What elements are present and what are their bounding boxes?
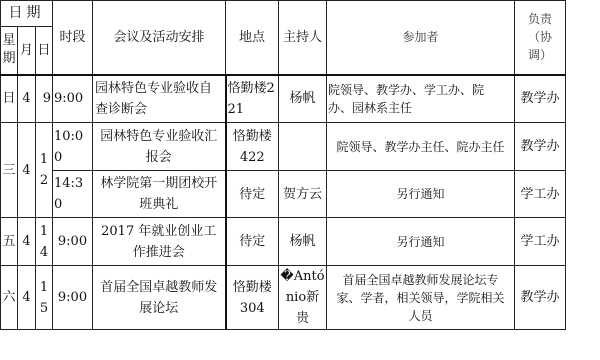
- header-responsible: 负责（协调）: [515, 1, 566, 75]
- weekday-cell: 日: [1, 75, 18, 123]
- day-cell: 15: [36, 266, 53, 330]
- header-weekday: 星期: [1, 27, 18, 75]
- month-cell: 4: [18, 266, 36, 330]
- responsible-cell: 教学办: [515, 123, 566, 171]
- header-location: 地点: [226, 1, 279, 75]
- responsible-cell: 教学办: [515, 266, 566, 330]
- attendees-cell: 院领导、教学办主任、院办主任: [327, 123, 515, 171]
- table-row: 日 4 9 9:00 园林特色专业验收自查诊断会 恪勤楼221 杨帆 院领导、教…: [1, 75, 566, 123]
- location-cell: 恪勤楼304: [226, 266, 279, 330]
- header-day: 日: [36, 27, 53, 75]
- table-row: 六 4 15 9:00 首届全国卓越教师发展论坛 恪勤楼304 �António…: [1, 266, 566, 330]
- responsible-cell: 学工办: [515, 171, 566, 218]
- location-cell: 待定: [226, 218, 279, 266]
- time-cell: 14:30: [53, 171, 93, 218]
- responsible-cell: 学工办: [515, 218, 566, 266]
- event-cell: 2017 年就业创业工作推进会: [93, 218, 226, 266]
- responsible-cell: 教学办: [515, 75, 566, 123]
- weekday-cell: 三: [1, 123, 18, 218]
- event-cell: 园林特色专业验收自查诊断会: [93, 75, 226, 123]
- host-cell: �António新贵: [279, 266, 327, 330]
- weekday-cell: 六: [1, 266, 18, 330]
- month-cell: 4: [18, 75, 36, 123]
- attendees-cell: 首届全国卓越教师发展论坛专家、学者，相关领导，学院相关人员: [327, 266, 515, 330]
- weekday-cell: 五: [1, 218, 18, 266]
- location-cell: 恪勤楼221: [226, 75, 279, 123]
- table-row: 三 4 12 10:00 园林特色专业验收汇报会 恪勤楼422 院领导、教学办主…: [1, 123, 566, 171]
- event-cell: 首届全国卓越教师发展论坛: [93, 266, 226, 330]
- header-attendees: 参加者: [327, 1, 515, 75]
- event-cell: 园林特色专业验收汇报会: [93, 123, 226, 171]
- host-cell: [279, 123, 327, 171]
- host-cell: 杨帆: [279, 218, 327, 266]
- month-cell: 4: [18, 218, 36, 266]
- header-time: 时段: [53, 1, 93, 75]
- time-cell: 9:00: [53, 218, 93, 266]
- host-cell: 杨帆: [279, 75, 327, 123]
- header-event: 会议及活动安排: [93, 1, 226, 75]
- time-cell: 9:00: [53, 75, 93, 123]
- table-row: 14:30 林学院第一期团校开班典礼 待定 贺方云 另行通知 学工办: [1, 171, 566, 218]
- day-cell: 12: [36, 123, 53, 218]
- table-row: 五 4 14 9:00 2017 年就业创业工作推进会 待定 杨帆 另行通知 学…: [1, 218, 566, 266]
- time-cell: 9:00: [53, 266, 93, 330]
- attendees-cell: 院领导、教学办、学工办、院办、园林系主任: [327, 75, 515, 123]
- day-cell: 9: [36, 75, 53, 123]
- location-cell: 待定: [226, 171, 279, 218]
- schedule-table: 日期 时段 会议及活动安排 地点 主持人 参加者 负责（协调） 星期 月 日 日…: [0, 0, 566, 330]
- event-cell: 林学院第一期团校开班典礼: [93, 171, 226, 218]
- attendees-cell: 另行通知: [327, 218, 515, 266]
- location-cell: 恪勤楼422: [226, 123, 279, 171]
- header-date-group: 日期: [1, 1, 53, 27]
- header-host: 主持人: [279, 1, 327, 75]
- header-month: 月: [18, 27, 36, 75]
- day-cell: 14: [36, 218, 53, 266]
- time-cell: 10:00: [53, 123, 93, 171]
- attendees-cell: 另行通知: [327, 171, 515, 218]
- host-cell: 贺方云: [279, 171, 327, 218]
- month-cell: 4: [18, 123, 36, 218]
